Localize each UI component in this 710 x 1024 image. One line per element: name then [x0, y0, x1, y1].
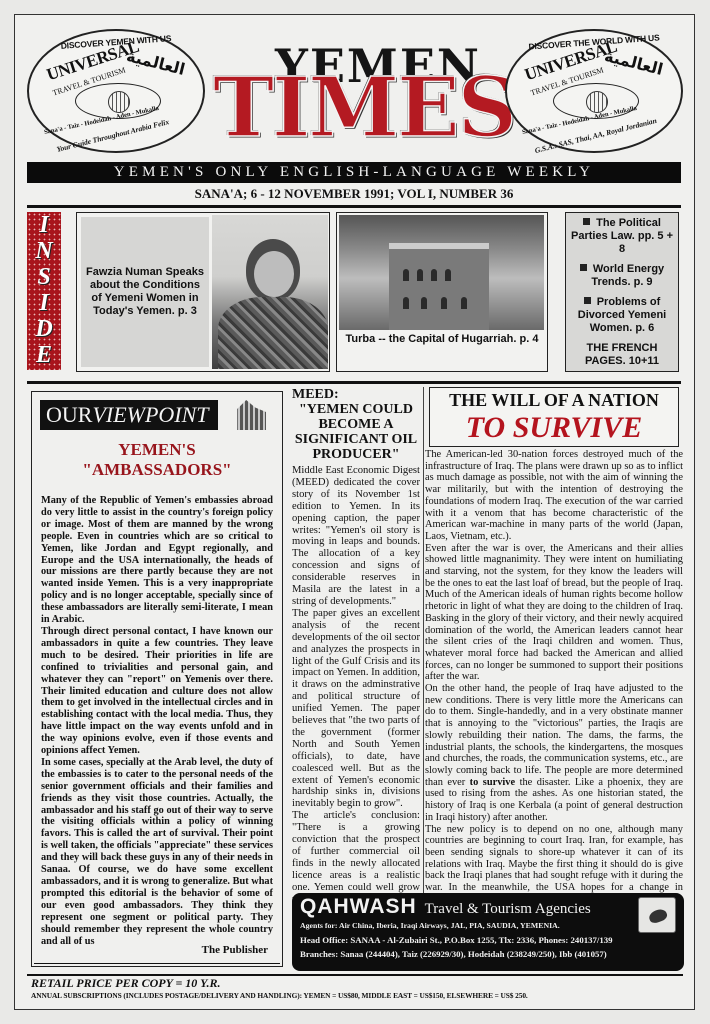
bird-logo-icon [638, 897, 676, 933]
square-bullet-icon [583, 218, 590, 225]
building-photo [339, 215, 544, 330]
article-body: Middle East Economic Digest (MEED) dedic… [292, 465, 420, 917]
logo-arabic: العالمية [602, 46, 664, 79]
square-bullet-icon [584, 297, 591, 304]
headline-line: THE WILL OF A NATION [430, 388, 678, 412]
photo-caption: Turba -- the Capital of Hugarriah. p. 4 [337, 333, 547, 346]
ad-brand: QAHWASH [300, 895, 417, 918]
contents-item-french[interactable]: THE FRENCH PAGES. 10+11 [568, 342, 676, 368]
inside-letter: E [27, 342, 61, 368]
qahwash-advertisement[interactable]: QAHWASHTravel & Tourism Agencies Agents … [292, 893, 684, 971]
subscription-rates: ANNUAL SUBSCRIPTIONS (INCLUDES POSTAGE/D… [31, 991, 528, 1000]
building-icon [230, 400, 266, 430]
inside-feature-turba[interactable]: Turba -- the Capital of Hugarriah. p. 4 [336, 212, 548, 372]
ad-agents: Agents for: Air China, Iberia, Iraqi Air… [300, 919, 676, 933]
ad-brand-subtitle: Travel & Tourism Agencies [425, 901, 591, 917]
inside-label: I N S I D E [27, 212, 61, 370]
inside-contents-list: The Political Parties Law. pp. 5 + 8 Wor… [565, 212, 679, 372]
contents-item[interactable]: World Energy Trends. p. 9 [568, 263, 676, 289]
paragraph: The paper gives an excellent analysis of… [292, 608, 420, 810]
inside-letter: N [27, 238, 61, 264]
byline: The Publisher [202, 944, 268, 956]
ad-branches: Branches: Sanaa (244404), Taiz (226929/3… [300, 947, 676, 961]
inside-letter: I [27, 212, 61, 238]
contents-item[interactable]: The Political Parties Law. pp. 5 + 8 [568, 217, 676, 256]
universal-travel-logo-right: DISCOVER THE WORLD WITH US UNIVERSAL TRA… [505, 29, 683, 153]
paragraph: Through direct personal contact, I have … [41, 626, 273, 757]
inside-letter: S [27, 264, 61, 290]
masthead-dateline: SANA'A; 6 - 12 NOVEMBER 1991; VOL I, NUM… [27, 186, 681, 202]
masthead-title-bottom: TIMES [213, 67, 511, 149]
feature-teaser: Fawzia Numan Speaks about the Conditions… [81, 217, 209, 367]
article-headline-box: THE WILL OF A NATION TO SURVIVE [429, 387, 679, 447]
inside-feature-fawzia[interactable]: Fawzia Numan Speaks about the Conditions… [76, 212, 330, 372]
divider [27, 205, 681, 208]
viewpoint-editorial: OURVIEWPOINT YEMEN'S "AMBASSADORS" Many … [31, 391, 283, 967]
paragraph: In some cases, specially at the Arab lev… [41, 757, 273, 948]
portrait-photo [212, 215, 328, 369]
column-divider [423, 387, 424, 967]
paragraph: Even after the war is over, the American… [425, 543, 683, 683]
editorial-body: Many of the Republic of Yemen's embassie… [41, 495, 273, 947]
retail-price: RETAIL PRICE PER COPY = 10 Y.R. [31, 976, 221, 991]
article-body: The American-led 30-nation forces destro… [425, 449, 683, 917]
newspaper-front-page: DISCOVER YEMEN WITH US UNIVERSAL TRAVEL … [14, 14, 695, 1010]
inside-letter: D [27, 316, 61, 342]
editorial-headline: YEMEN'S "AMBASSADORS" [32, 440, 282, 480]
article-headline: MEED: "YEMEN COULD BECOME A SIGNIFICANT … [292, 387, 420, 462]
divider [34, 963, 280, 965]
universal-travel-logo-left: DISCOVER YEMEN WITH US UNIVERSAL TRAVEL … [27, 29, 205, 153]
divider [27, 381, 681, 384]
masthead-tagline: YEMEN'S ONLY ENGLISH-LANGUAGE WEEKLY [27, 162, 681, 183]
will-of-a-nation-article: THE WILL OF A NATION TO SURVIVE The Amer… [425, 387, 683, 917]
paragraph: Middle East Economic Digest (MEED) dedic… [292, 465, 420, 608]
paragraph: On the other hand, the people of Iraq ha… [425, 683, 683, 823]
paragraph: Many of the Republic of Yemen's embassie… [41, 495, 273, 626]
logo-arabic: العالمية [124, 46, 186, 79]
contents-item[interactable]: Problems of Divorced Yemeni Women. p. 6 [568, 296, 676, 335]
headline-line-red: TO SURVIVE [430, 412, 678, 444]
meed-article: MEED: "YEMEN COULD BECOME A SIGNIFICANT … [292, 387, 420, 917]
paragraph: The American-led 30-nation forces destro… [425, 449, 683, 543]
square-bullet-icon [580, 264, 587, 271]
ad-head-office: Head Office: SANAA - Al-Zubairi St., P.O… [300, 933, 676, 947]
section-label: OURVIEWPOINT [40, 400, 218, 430]
inside-letter: I [27, 290, 61, 316]
